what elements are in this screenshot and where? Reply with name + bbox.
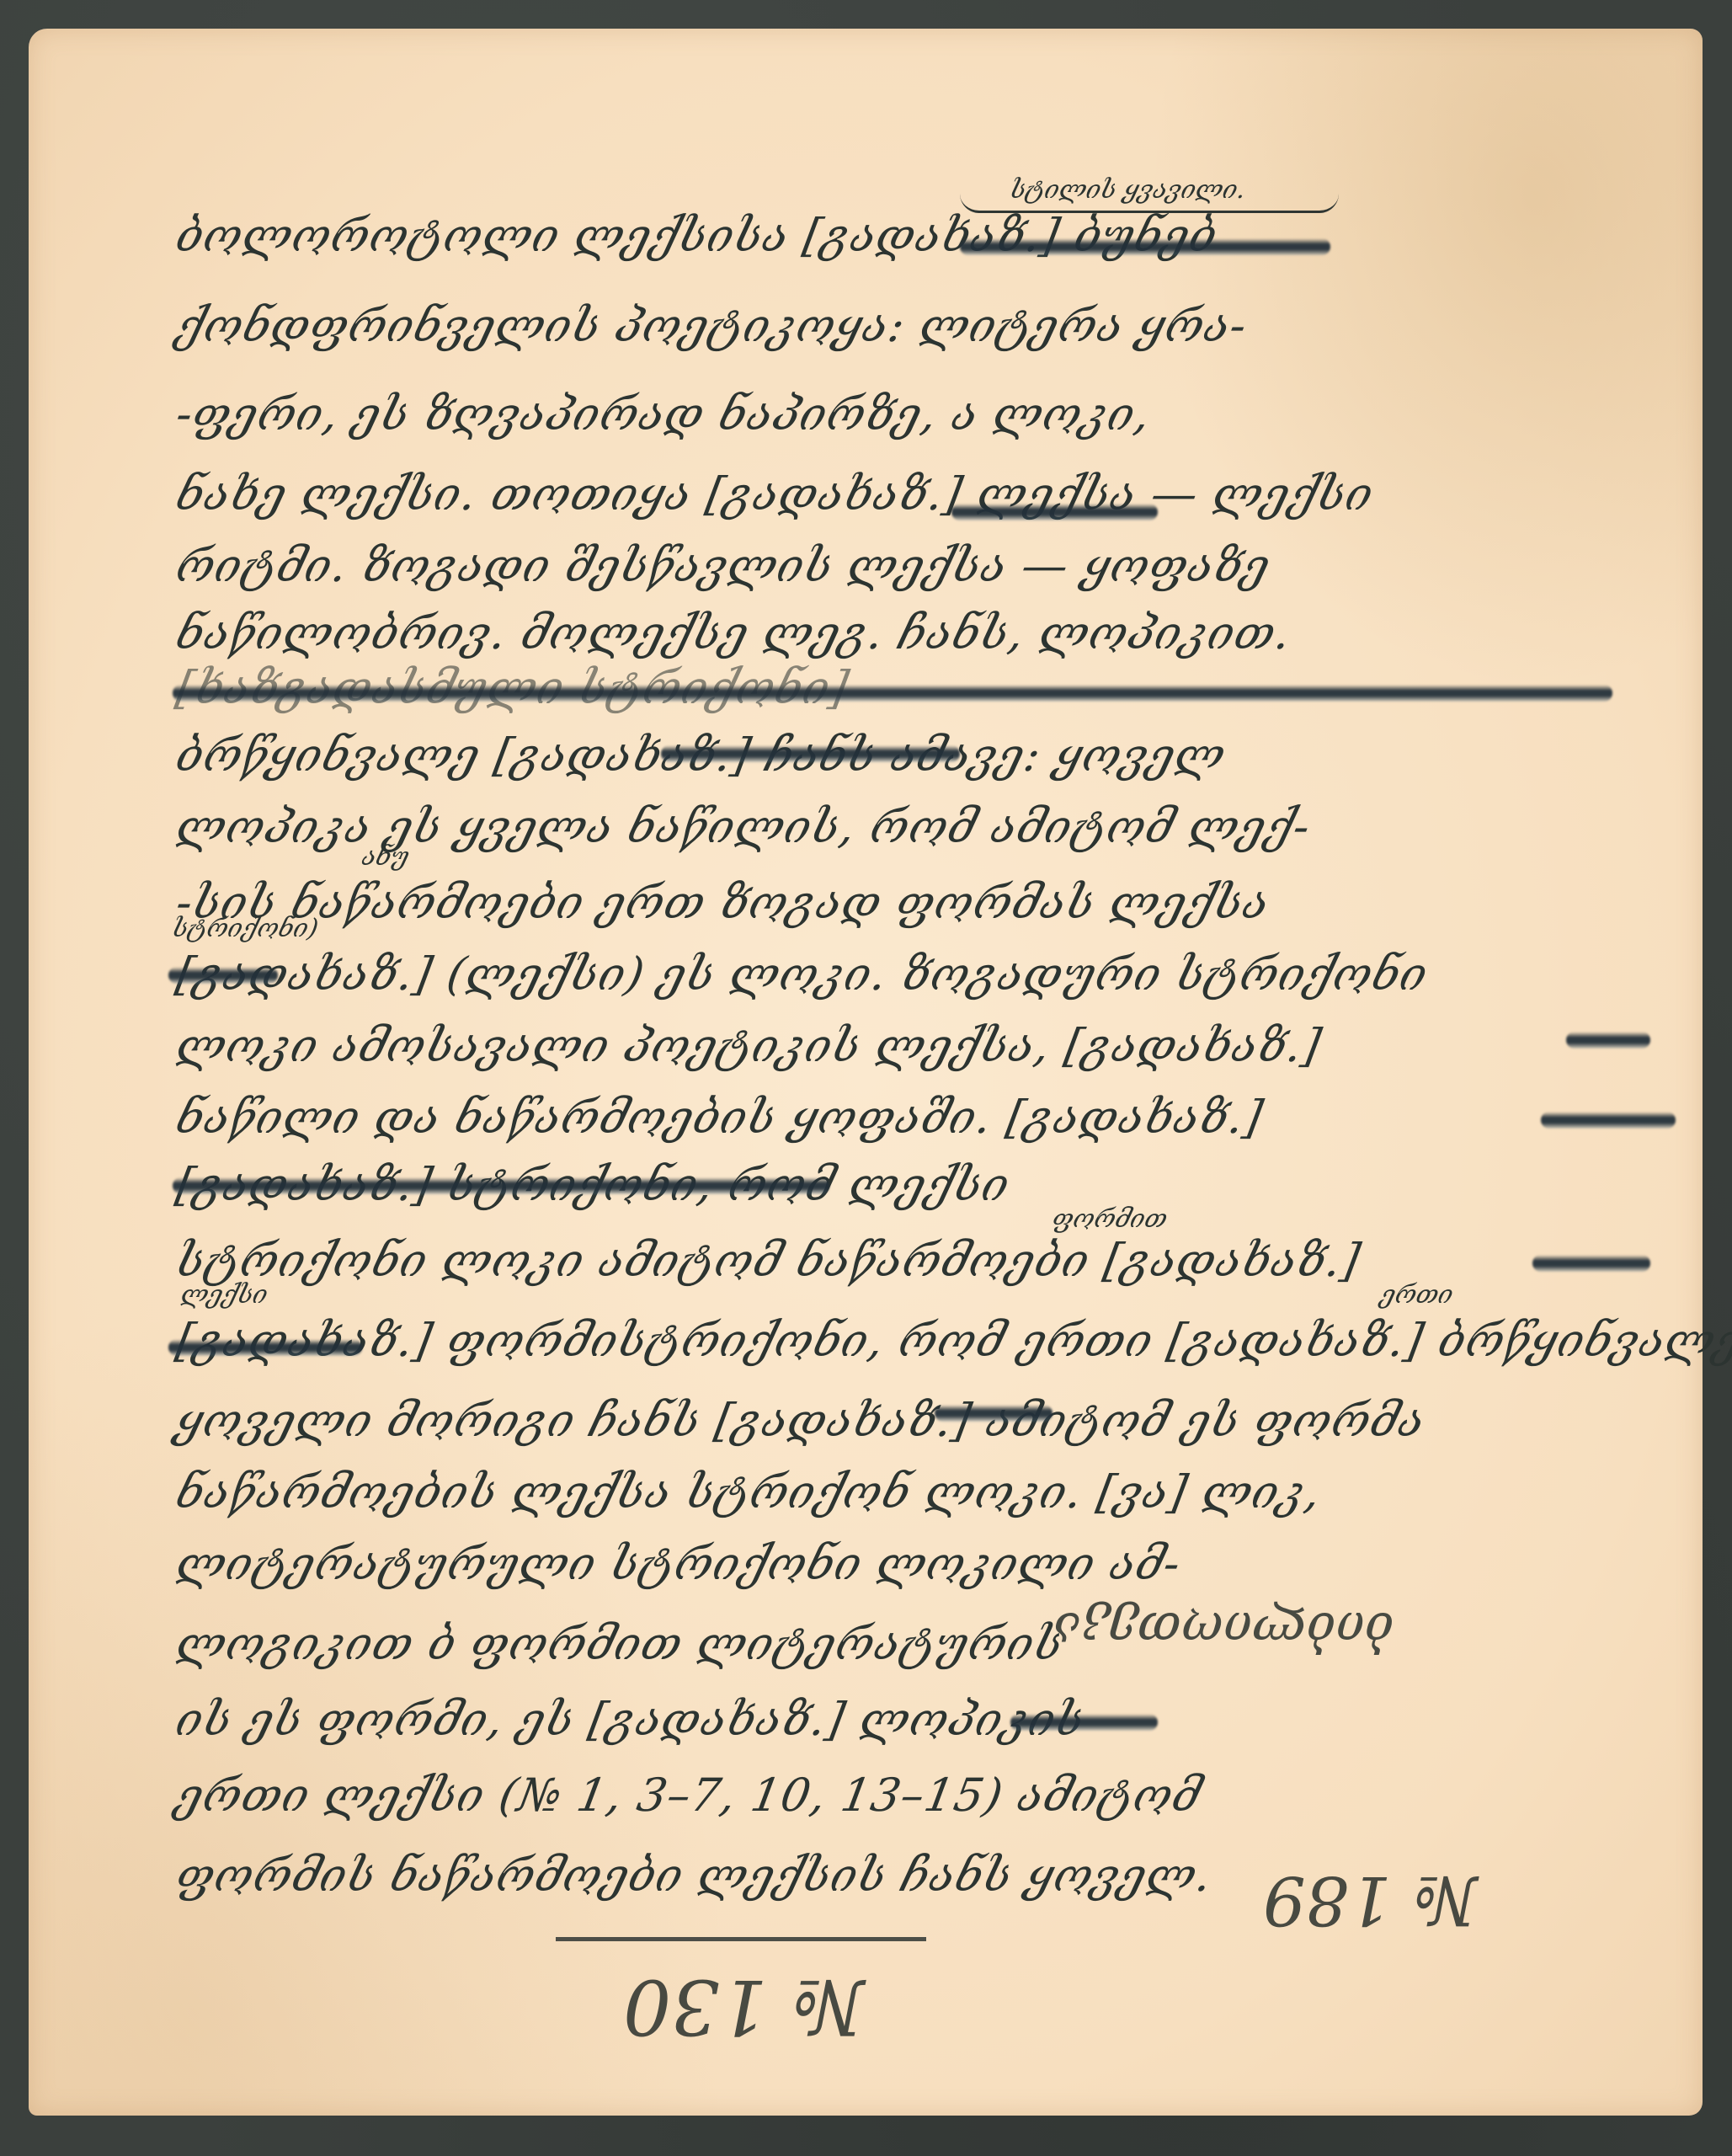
inverted-library-stamp: ბიბლიოთეკა [1053,1600,1394,1659]
strike-through [935,1405,1053,1422]
manuscript-line-3: -ფერი, ეს ზღვაპირად ნაპირზე, ა ლოკი, [172,387,1154,440]
manuscript-line-13: ნაწილი და ნაწარმოების ყოფაში. [გადახაზ.] [172,1091,1267,1144]
manuscript-line-23: ფორმის ნაწარმოები ლექსის ჩანს ყოველ. [172,1849,1216,1902]
strike-through [1532,1255,1650,1272]
manuscript-line-5: რიტმი. ზოგადი შესწავლის ლექსა — ყოფაზე [172,539,1274,592]
manuscript-line-22: ერთი ლექსი (№ 1, 3–7, 10, 13–15) ამიტომ [172,1769,1205,1822]
insertion-mark [960,194,1339,213]
manuscript-line-11: [გადახაზ.] (ლექსი) ეს ლოკი. ზოგადური სტრ… [172,947,1431,1001]
interlinear-insertion: ლექსი [179,1280,270,1310]
strike-through [1566,1032,1650,1049]
interlinear-insertion: სტრიქონი) [170,914,321,943]
strike-through [173,685,1612,702]
manuscript-line-19: ლიტერატურული სტრიქონი ლოკილი ამ- [172,1537,1185,1590]
strike-through [960,238,1330,255]
interlinear-insertion: ფორმით [1050,1204,1170,1234]
stamp-rule [556,1937,926,1941]
manuscript-line-12: ლოკი ამოსავალი პოეტიკის ლექსა, [გადახაზ.… [172,1019,1325,1072]
strike-through [1010,1714,1158,1731]
strike-through [173,1177,829,1194]
manuscript-line-20: ლოგიკით ბ ფორმით ლიტერატურის [172,1617,1067,1670]
manuscript-line-10: -სის ნაწარმოები ერთ ზოგად ფორმას ლექსა [172,876,1273,929]
manuscript-line-17: ყოველი მორიგი ჩანს [გადახაზ.] ამიტომ ეს … [172,1394,1429,1447]
strike-through [168,1339,362,1356]
manuscript-line-6: ნაწილობრივ. მოლექსე ლეგ. ჩანს, ლოპიკით. [172,606,1295,659]
manuscript-line-9: ლოპიკა ეს ყველა ნაწილის, რომ ამიტომ ლექ- [172,800,1314,853]
inverted-folio-stamp-right: № 189 [1263,1861,1477,1940]
strike-through [951,504,1158,520]
interlinear-insertion: ერთი [1378,1280,1455,1310]
manuscript-line-16: [გადახაზ.] ფორმისტრიქონი, რომ ერთი [გადა… [172,1314,1732,1367]
manuscript-line-4: ნახე ლექსი. თოთიყა [გადახაზ.] ლექსა — ლე… [172,467,1378,520]
manuscript-line-15: სტრიქონი ლოკი ამიტომ ნაწარმოები [გადახაზ… [172,1234,1365,1287]
interlinear-insertion: ანუ [360,842,412,872]
strike-through [1541,1112,1676,1129]
inverted-folio-stamp-left: № 130 [623,1962,864,2051]
manuscript-line-2: ქონდფრინველის პოეტიკოყა: ლიტერა ყრა- [172,299,1251,352]
manuscript-line-21: ის ეს ფორმი, ეს [გადახაზ.] ლოპიკის [172,1693,1089,1746]
strike-through [661,745,960,762]
strike-through [168,967,278,984]
manuscript-line-18: ნაწარმოების ლექსა სტრიქონ ლოკი. [ვა] ლიკ… [172,1465,1325,1518]
